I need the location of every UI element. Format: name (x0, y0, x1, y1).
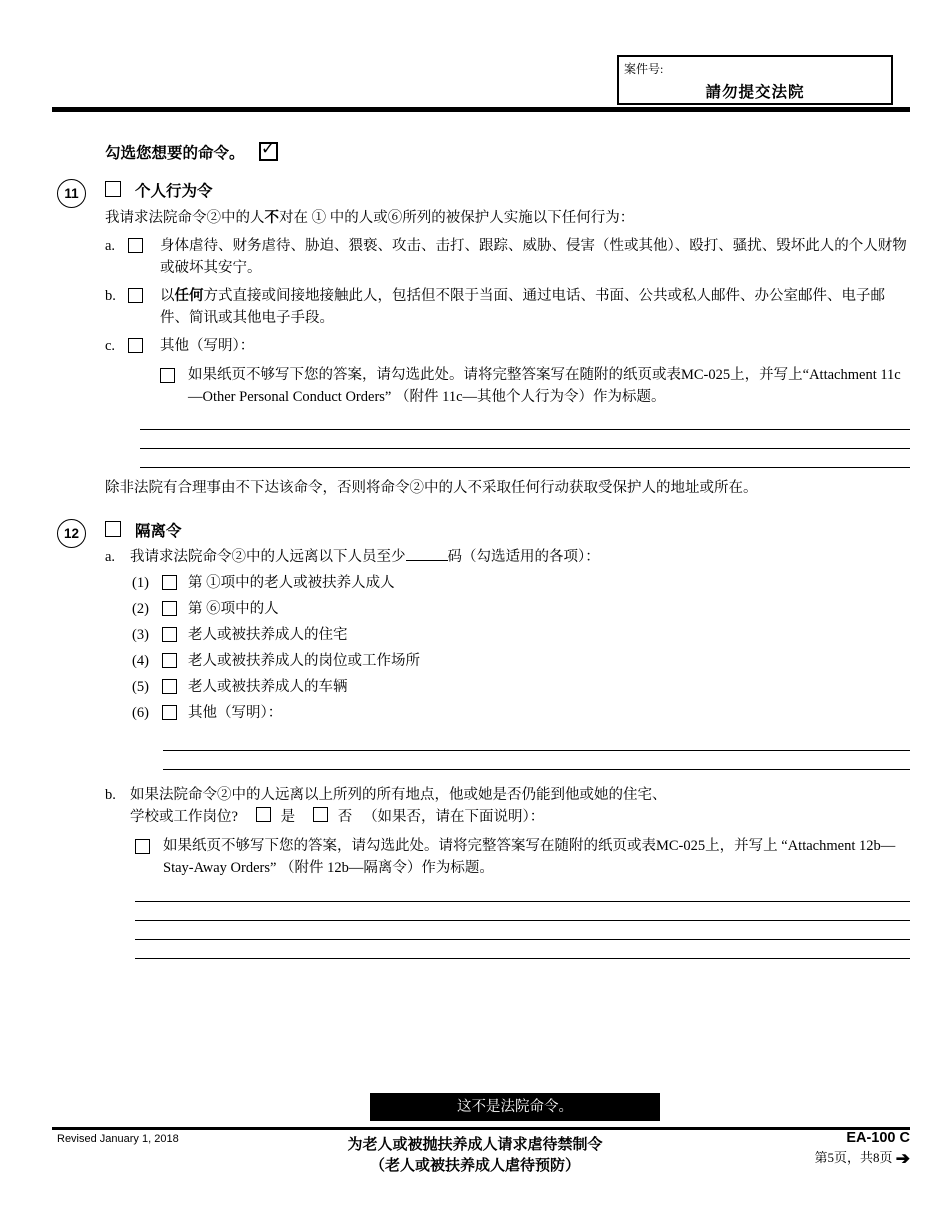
item-11a-label: a. (105, 235, 128, 279)
item-12a-5: (5) 老人或被扶养成人的车辆 (132, 676, 910, 698)
section-12-title: 隔离令 (135, 523, 182, 540)
footer-right: EA-100 C 第5页，共8页 ➔ (814, 1130, 910, 1169)
yards-blank-field[interactable] (406, 546, 448, 561)
item-11c-label: c. (105, 335, 128, 357)
item-text: 其他（写明）： (188, 702, 910, 724)
item-12b-label: b. (105, 784, 128, 828)
item-11b-label: b. (105, 285, 128, 329)
yes-label: 是 (281, 809, 296, 825)
attachment-11c-text: 如果纸页不够写下您的答案，请勾选此处。请将完整答案写在随附的纸页或表MC-025… (188, 364, 910, 408)
header-divider (52, 107, 910, 112)
section-12: 12 隔离令 a. 我请求法院命令②中的人远离以下人员至少码（勾选适用的各项）：… (57, 521, 910, 959)
item-12a-1-checkbox[interactable] (162, 575, 177, 590)
item-text: 老人或被扶养成人的岗位或工作场所 (188, 650, 910, 672)
section-12-number: 12 (57, 519, 86, 548)
attachment-12b-text: 如果纸页不够写下您的答案，请勾选此处。请将完整答案写在随附的纸页或表MC-025… (163, 835, 910, 879)
item-12a-6: (6) 其他（写明）： (132, 702, 910, 724)
write-in-area-11c (140, 411, 910, 468)
section-11-title: 个人行为令 (135, 183, 213, 200)
check-orders-instruction: 勾选您想要的命令。 (105, 142, 910, 165)
item-number: (1) (132, 572, 162, 594)
item-text: 老人或被扶养成人的住宅 (188, 624, 910, 646)
write-in-line[interactable] (163, 751, 910, 770)
item-number: (6) (132, 702, 162, 724)
section-11-number: 11 (57, 179, 86, 208)
item-12a-3: (3) 老人或被扶养成人的住宅 (132, 624, 910, 646)
item-number: (2) (132, 598, 162, 620)
item-12b: b. 如果法院命令②中的人远离以上所列的所有地点，他或她是否仍能到他或她的住宅、… (105, 784, 910, 828)
revised-date: Revised January 1, 2018 (57, 1133, 179, 1145)
item-12a-5-checkbox[interactable] (162, 679, 177, 694)
write-in-line[interactable] (140, 430, 910, 449)
write-in-line[interactable] (163, 732, 910, 751)
arrow-right-icon: ➔ (896, 1149, 910, 1168)
item-11c: c. 其他（写明）： (105, 335, 910, 357)
item-12a-4: (4) 老人或被扶养成人的岗位或工作场所 (132, 650, 910, 672)
write-in-line[interactable] (135, 921, 910, 940)
footer-divider (52, 1127, 910, 1130)
item-11b-text: 以任何方式直接或间接地接触此人，包括但不限于当面、通过电话、书面、公共或私人邮件… (160, 285, 910, 329)
item-12a-2-checkbox[interactable] (162, 601, 177, 616)
case-number-box: 案件号: 請勿提交法院 (617, 55, 893, 105)
section-11-address-note: 除非法院有合理事由不下达该命令，否则将命令②中的人不采取任何行动获取受保护人的地… (105, 477, 910, 499)
item-12a-3-checkbox[interactable] (162, 627, 177, 642)
item-11a-text: 身体虐待、财务虐待、胁迫、猥亵、攻击、击打、跟踪、威胁、侵害（性或其他）、殴打、… (160, 235, 910, 279)
item-12b-line1: 如果法院命令②中的人远离以上所列的所有地点，他或她是否仍能到他或她的住宅、 (130, 787, 667, 803)
form-page: 案件号: 請勿提交法院 勾选您想要的命令。 11 个人行为令 我请求法院命令②中… (0, 0, 950, 1230)
item-12b-line2: 学校或工作岗位? 是 否 （如果否，请在下面说明）： (130, 809, 544, 825)
section-12-heading: 隔离令 (105, 521, 910, 543)
item-12a-2: (2) 第 ⑥项中的人 (132, 598, 910, 620)
attachment-12b-checkbox[interactable] (135, 839, 150, 854)
attachment-11c-note: 如果纸页不够写下您的答案，请勾选此处。请将完整答案写在随附的纸页或表MC-025… (160, 364, 910, 408)
case-number-label: 案件号: (624, 60, 891, 77)
check-orders-text: 勾选您想要的命令。 (105, 145, 245, 162)
item-12a-1: (1) 第 ①项中的老人或被扶养人成人 (132, 572, 910, 594)
item-12a: a. 我请求法院命令②中的人远离以下人员至少码（勾选适用的各项）： (105, 546, 910, 568)
write-in-line[interactable] (140, 449, 910, 468)
page-indicator: 第5页，共8页 ➔ (814, 1147, 910, 1169)
do-not-file-label: 請勿提交法院 (619, 80, 891, 102)
write-in-area-12b (135, 883, 910, 959)
form-number: EA-100 C (814, 1130, 910, 1146)
item-number: (3) (132, 624, 162, 646)
item-number: (4) (132, 650, 162, 672)
no-checkbox[interactable] (313, 807, 328, 822)
section-11-heading: 个人行为令 (105, 181, 910, 203)
item-12a-text: 我请求法院命令②中的人远离以下人员至少码（勾选适用的各项）： (130, 546, 910, 568)
write-in-line[interactable] (135, 902, 910, 921)
form-title-line2: （老人或被扶养成人虐待预防） (250, 1155, 700, 1176)
item-11c-text: 其他（写明）： (160, 335, 910, 357)
form-title-line1: 为老人或被抛扶养成人请求虐待禁制令 (250, 1134, 700, 1155)
section-11: 11 个人行为令 我请求法院命令②中的人不对在 ① 中的人或⑥所列的被保护人实施… (57, 181, 910, 499)
item-12b-text: 如果法院命令②中的人远离以上所列的所有地点，他或她是否仍能到他或她的住宅、 学校… (130, 784, 910, 828)
item-11b: b. 以任何方式直接或间接地接触此人，包括但不限于当面、通过电话、书面、公共或私… (105, 285, 910, 329)
no-label: 否 (338, 809, 353, 825)
item-12a-label: a. (105, 546, 128, 568)
item-12a-6-checkbox[interactable] (162, 705, 177, 720)
section-11-checkbox[interactable] (105, 181, 121, 197)
item-11b-checkbox[interactable] (128, 288, 143, 303)
write-in-line[interactable] (140, 411, 910, 430)
item-text: 第 ①项中的老人或被扶养人成人 (188, 572, 910, 594)
write-in-line[interactable] (135, 940, 910, 959)
yes-checkbox[interactable] (256, 807, 271, 822)
write-in-area-12a6 (163, 732, 910, 770)
checked-checkbox-icon (259, 142, 278, 161)
item-text: 老人或被扶养成人的车辆 (188, 676, 910, 698)
not-court-order-banner: 这不是法院命令。 (370, 1093, 660, 1121)
form-body: 勾选您想要的命令。 11 个人行为令 我请求法院命令②中的人不对在 ① 中的人或… (57, 138, 910, 959)
item-text: 第 ⑥项中的人 (188, 598, 910, 620)
item-11c-checkbox[interactable] (128, 338, 143, 353)
attachment-11c-checkbox[interactable] (160, 368, 175, 383)
section-12-checkbox[interactable] (105, 521, 121, 537)
section-11-intro: 我请求法院命令②中的人不对在 ① 中的人或⑥所列的被保护人实施以下任何行为： (105, 207, 910, 229)
attachment-12b-note: 如果纸页不够写下您的答案，请勾选此处。请将完整答案写在随附的纸页或表MC-025… (135, 835, 910, 879)
item-11a: a. 身体虐待、财务虐待、胁迫、猥亵、攻击、击打、跟踪、威胁、侵害（性或其他）、… (105, 235, 910, 279)
form-title: 为老人或被抛扶养成人请求虐待禁制令 （老人或被扶养成人虐待预防） (250, 1134, 700, 1176)
write-in-line[interactable] (135, 883, 910, 902)
item-12a-4-checkbox[interactable] (162, 653, 177, 668)
item-11a-checkbox[interactable] (128, 238, 143, 253)
item-number: (5) (132, 676, 162, 698)
